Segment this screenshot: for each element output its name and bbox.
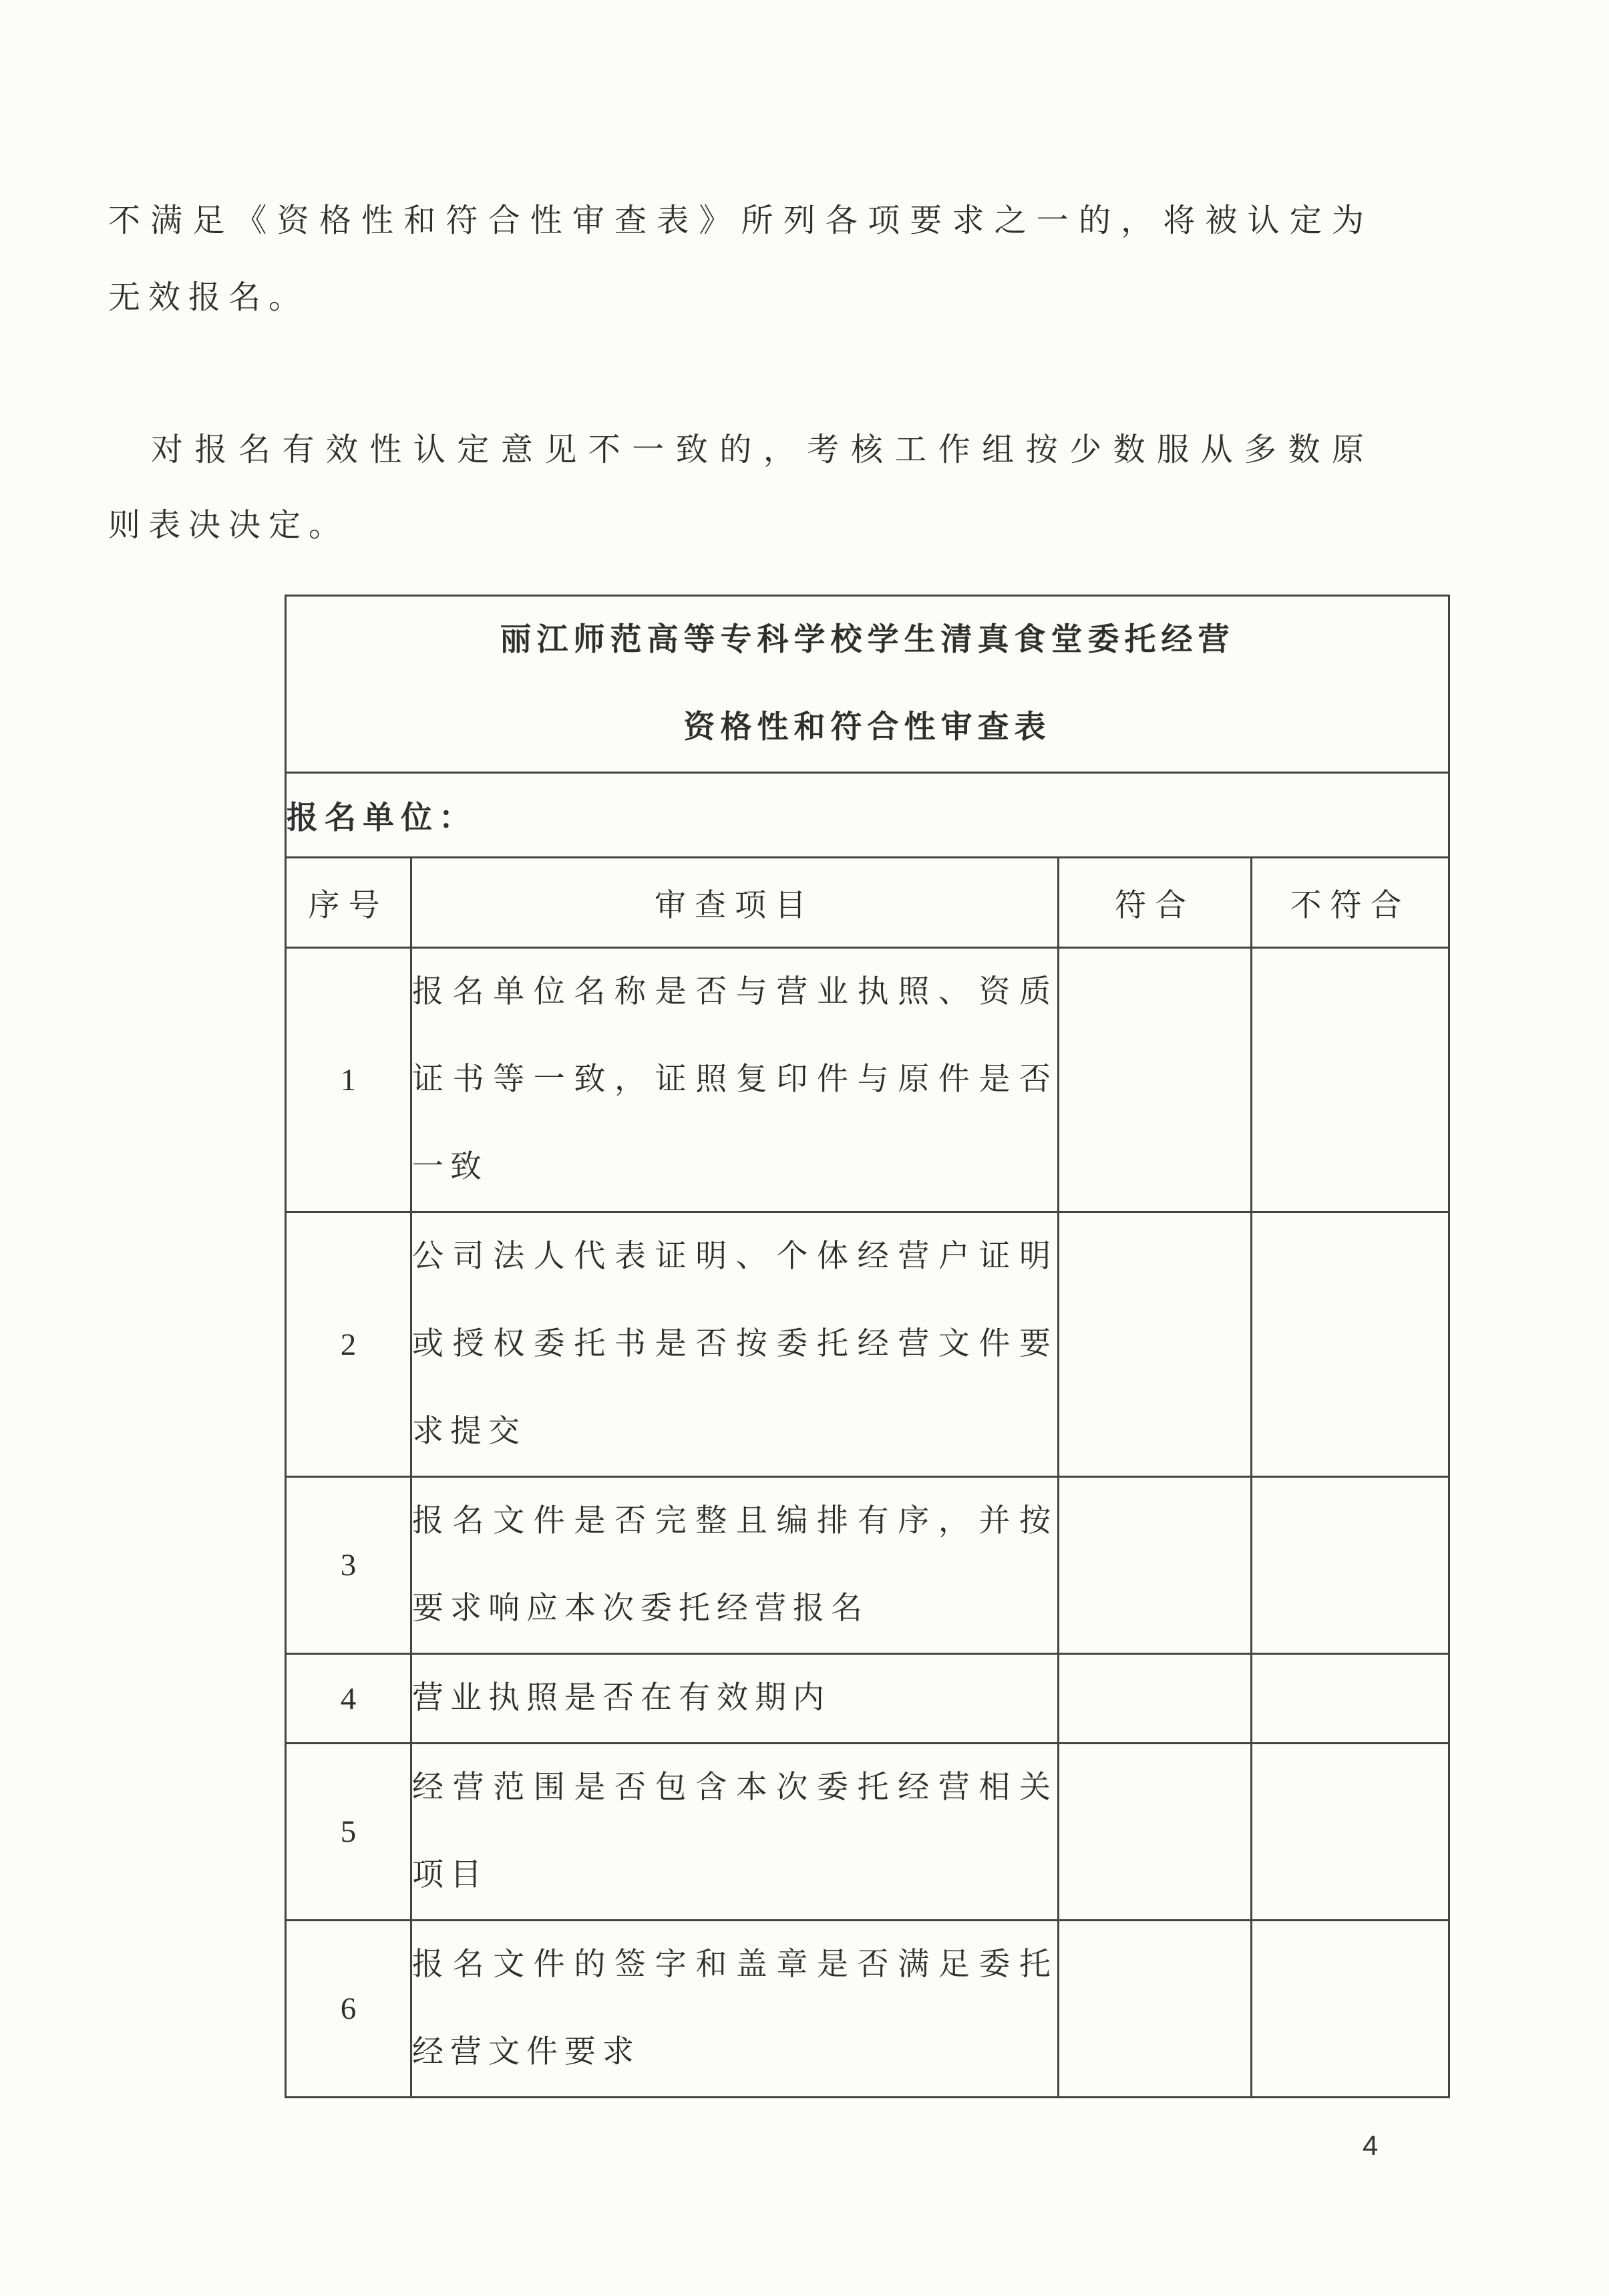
page-number: 4 [1363,2130,1378,2162]
row-number: 2 [286,1212,411,1477]
pass-cell [1059,1654,1252,1744]
fail-cell [1252,948,1449,1212]
applicant-unit-label: 报名单位： [286,773,1449,858]
pass-cell [1059,1477,1252,1654]
row-item-text: 营业执照是否在有效期内 [411,1654,1059,1744]
pass-cell [1059,1921,1252,2098]
document-page: 不满足《资格性和符合性审查表》所列各项要求之一的，将被认定为 无效报名。 对报名… [0,0,1609,2296]
table-row: 2 公司法人代表证明、个体经营户证明或授权委托书是否按委托经营文件要求提交 [286,1212,1449,1477]
fail-cell [1252,1477,1449,1654]
table-row: 5 经营范围是否包含本次委托经营相关项目 [286,1744,1449,1921]
row-item-text: 经营范围是否包含本次委托经营相关项目 [411,1744,1059,1921]
table-title-line-2: 资格性和符合性审查表 [287,684,1448,772]
row-number: 6 [286,1921,411,2098]
applicant-unit-row: 报名单位： [286,773,1449,858]
pass-cell [1059,1744,1252,1921]
body-paragraph-line-4: 则表决决定。 [108,506,349,545]
body-paragraph-line-3: 对报名有效性认定意见不一致的，考核工作组按少数服从多数原 [151,431,1372,470]
header-pass: 符合 [1059,858,1252,948]
body-paragraph-line-2: 无效报名。 [108,279,309,317]
header-fail: 不符合 [1252,858,1449,948]
row-item-text: 报名文件是否完整且编排有序，并按要求响应本次委托经营报名 [411,1477,1059,1654]
row-number: 5 [286,1744,411,1921]
header-item: 审查项目 [411,858,1059,948]
row-number: 1 [286,948,411,1212]
row-item-text: 公司法人代表证明、个体经营户证明或授权委托书是否按委托经营文件要求提交 [411,1212,1059,1477]
body-paragraph-line-1: 不满足《资格性和符合性审查表》所列各项要求之一的，将被认定为 [108,202,1372,240]
table-row: 1 报名单位名称是否与营业执照、资质证书等一致，证照复印件与原件是否一致 [286,948,1449,1212]
table-header-row: 序号 审查项目 符合 不符合 [286,858,1449,948]
table-title-row: 丽江师范高等专科学校学生清真食堂委托经营 资格性和符合性审查表 [286,596,1449,773]
review-table: 丽江师范高等专科学校学生清真食堂委托经营 资格性和符合性审查表 报名单位： 序号… [285,595,1450,2098]
row-number: 4 [286,1654,411,1744]
pass-cell [1059,1212,1252,1477]
fail-cell [1252,1744,1449,1921]
table-row: 4 营业执照是否在有效期内 [286,1654,1449,1744]
fail-cell [1252,1654,1449,1744]
pass-cell [1059,948,1252,1212]
fail-cell [1252,1921,1449,2098]
header-no: 序号 [286,858,411,948]
fail-cell [1252,1212,1449,1477]
row-item-text: 报名文件的签字和盖章是否满足委托经营文件要求 [411,1921,1059,2098]
row-item-text: 报名单位名称是否与营业执照、资质证书等一致，证照复印件与原件是否一致 [411,948,1059,1212]
row-number: 3 [286,1477,411,1654]
table-title-cell: 丽江师范高等专科学校学生清真食堂委托经营 资格性和符合性审查表 [286,596,1449,773]
table-row: 6 报名文件的签字和盖章是否满足委托经营文件要求 [286,1921,1449,2098]
table-row: 3 报名文件是否完整且编排有序，并按要求响应本次委托经营报名 [286,1477,1449,1654]
table-title-line-1: 丽江师范高等专科学校学生清真食堂委托经营 [287,597,1448,684]
